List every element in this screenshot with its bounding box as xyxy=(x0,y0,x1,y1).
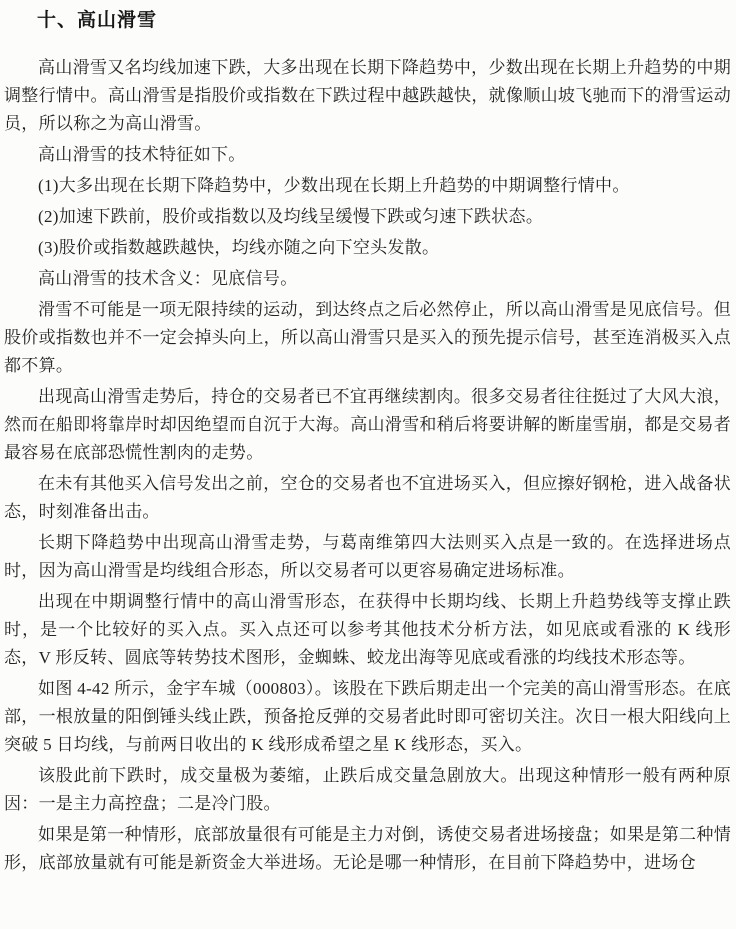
paragraph-list-item: (2)加速下跌前，股价或指数以及均线呈缓慢下跌或匀速下跌状态。 xyxy=(4,203,731,231)
paragraph: 长期下降趋势中出现高山滑雪走势，与葛南维第四大法则买入点是一致的。在选择进场点时… xyxy=(4,529,731,585)
section-title: 十、高山滑雪 xyxy=(37,8,731,33)
paragraph: 如图 4-42 所示，金宇车城（000803）。该股在下跌后期走出一个完美的高山… xyxy=(4,675,731,759)
paragraph: 高山滑雪的技术含义：见底信号。 xyxy=(4,265,731,293)
paragraph: 该股此前下跌时，成交量极为萎缩，止跌后成交量急剧放大。出现这种情形一般有两种原因… xyxy=(4,762,731,818)
paragraph-list-item: (3)股价或指数越跌越快，均线亦随之向下空头发散。 xyxy=(4,234,731,262)
body-text: 高山滑雪又名均线加速下跌，大多出现在长期下降趋势中，少数出现在长期上升趋势的中期… xyxy=(4,54,731,877)
paragraph: 高山滑雪又名均线加速下跌，大多出现在长期下降趋势中，少数出现在长期上升趋势的中期… xyxy=(4,54,731,138)
book-page: 十、高山滑雪 高山滑雪又名均线加速下跌，大多出现在长期下降趋势中，少数出现在长期… xyxy=(0,0,736,929)
paragraph: 在未有其他买入信号发出之前，空仓的交易者也不宜进场买入，但应擦好钢枪，进入战备状… xyxy=(4,470,731,526)
paragraph: 滑雪不可能是一项无限持续的运动，到达终点之后必然停止，所以高山滑雪是见底信号。但… xyxy=(4,296,731,380)
paragraph: 高山滑雪的技术特征如下。 xyxy=(4,141,731,169)
paragraph: 出现在中期调整行情中的高山滑雪形态，在获得中长期均线、长期上升趋势线等支撑止跌时… xyxy=(4,588,731,672)
paragraph: 出现高山滑雪走势后，持仓的交易者已不宜再继续割肉。很多交易者往往挺过了大风大浪，… xyxy=(4,383,731,467)
paragraph-list-item: (1)大多出现在长期下降趋势中，少数出现在长期上升趋势的中期调整行情中。 xyxy=(4,172,731,200)
paragraph: 如果是第一种情形，底部放量很有可能是主力对倒，诱使交易者进场接盘；如果是第二种情… xyxy=(4,821,731,877)
